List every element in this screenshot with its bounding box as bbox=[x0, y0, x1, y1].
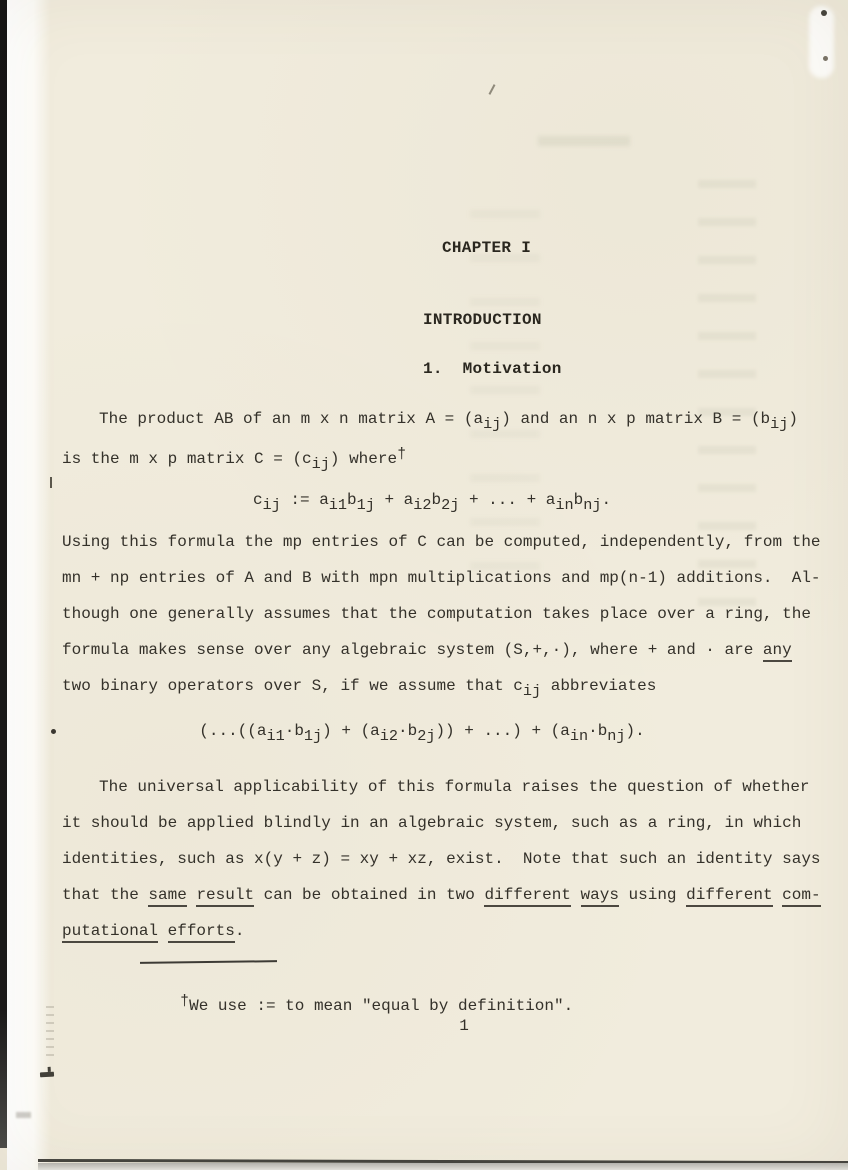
text-line: though one generally assumes that the co… bbox=[62, 596, 834, 632]
scanned-document-page: CHAPTER I INTRODUCTION 1. Motivation The… bbox=[0, 0, 848, 1170]
text-line: identities, such as x(y + z) = xy + xz, … bbox=[62, 841, 834, 877]
formula-parenthesized-sum: (...((ai1·b1j) + (ai2·b2j)) + ...) + (ai… bbox=[36, 713, 808, 749]
paragraph-product-definition: The product AB of an m x n matrix A = (a… bbox=[62, 399, 834, 479]
text-line: putational efforts. bbox=[62, 913, 834, 949]
scanner-shadow-bottom bbox=[38, 1163, 848, 1170]
text-line: that the same result can be obtained in … bbox=[62, 877, 834, 913]
introduction-heading: INTRODUCTION bbox=[423, 310, 542, 330]
formula-cij-definition: cij := ai1b1j + ai2b2j + ... + ainbnj. bbox=[46, 482, 818, 518]
paper-edge-fade bbox=[7, 0, 51, 1170]
text-line: The product AB of an m x n matrix A = (a… bbox=[62, 399, 834, 439]
text-line: is the m x p matrix C = (cij) where† bbox=[62, 439, 834, 479]
text-line: Using this formula the mp entries of C c… bbox=[62, 524, 834, 560]
scan-smudge bbox=[16, 1112, 31, 1118]
scan-speck bbox=[821, 10, 827, 16]
section-heading: 1. Motivation bbox=[423, 359, 562, 379]
text-line: it should be applied blindly in an algeb… bbox=[62, 805, 834, 841]
footnote-separator-rule bbox=[140, 960, 277, 964]
text-line: formula makes sense over any algebraic s… bbox=[62, 632, 834, 668]
ink-smudge bbox=[40, 1072, 54, 1078]
text-line: two binary operators over S, if we assum… bbox=[62, 668, 834, 704]
chapter-heading: CHAPTER I bbox=[442, 238, 531, 258]
bleed-through-ghost-text bbox=[538, 136, 630, 146]
pencil-slash-mark bbox=[489, 84, 496, 95]
paragraph-formula-discussion: Using this formula the mp entries of C c… bbox=[62, 524, 834, 704]
footnote: †We use := to mean "equal by definition"… bbox=[180, 996, 573, 1016]
scan-glare-strip bbox=[809, 6, 834, 78]
text-line: The universal applicability of this form… bbox=[62, 769, 834, 805]
page-number: 1 bbox=[446, 1016, 482, 1036]
paragraph-universal-applicability: The universal applicability of this form… bbox=[62, 769, 834, 949]
scanner-edge-left bbox=[0, 0, 7, 1148]
scan-speck bbox=[823, 56, 828, 61]
text-line: mn + np entries of A and B with mpn mult… bbox=[62, 560, 834, 596]
bleed-through-marks bbox=[46, 1006, 54, 1060]
